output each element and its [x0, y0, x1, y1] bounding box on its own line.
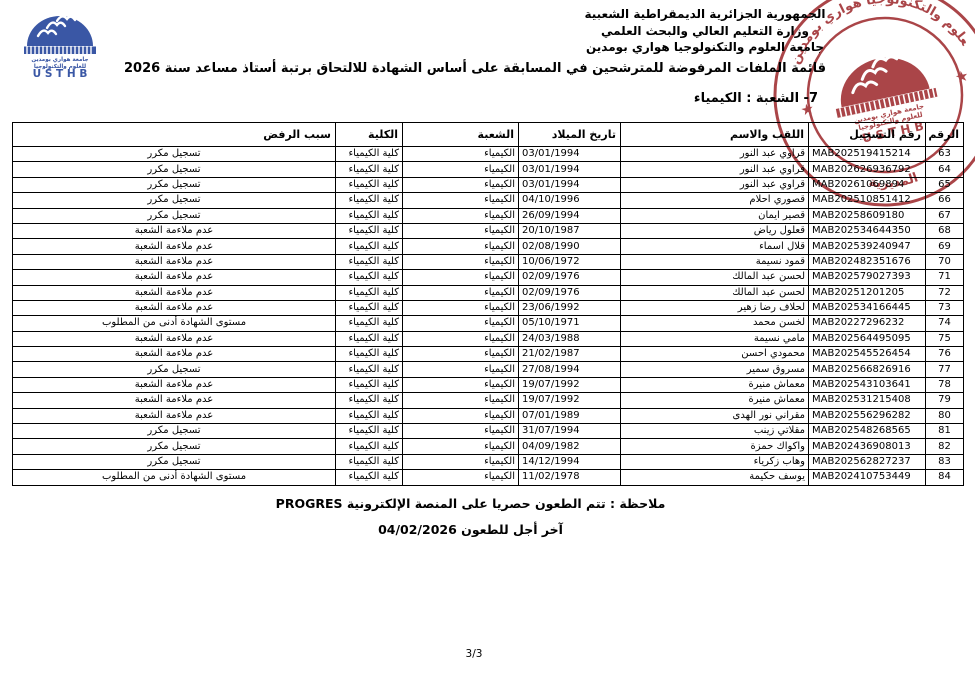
table-cell: 70: [926, 254, 964, 269]
table-cell: 19/07/1992: [519, 393, 621, 408]
document-page: جامعة هواري بومدين للعلوم والتكنولوجيا U…: [0, 0, 975, 680]
table-row: 84MAB202410753449يوسف حكيمة11/02/1978الك…: [13, 470, 964, 485]
table-cell: 07/01/1989: [519, 408, 621, 423]
table-cell: كلية الكيمياء: [336, 147, 403, 162]
table-cell: MAB202534166445: [809, 300, 926, 315]
table-cell: MAB202579027393: [809, 270, 926, 285]
table-cell: معماش منيرة: [621, 377, 809, 392]
table-cell: كلية الكيمياء: [336, 362, 403, 377]
table-cell: 03/01/1994: [519, 162, 621, 177]
table-cell: 23/06/1992: [519, 300, 621, 315]
table-cell: MAB202482351676: [809, 254, 926, 269]
table-cell: كلية الكيمياء: [336, 223, 403, 238]
table-cell: 04/09/1982: [519, 439, 621, 454]
table-cell: قصير ايمان: [621, 208, 809, 223]
logo-dome: [27, 16, 93, 46]
table-cell: 76: [926, 347, 964, 362]
table-cell: 74: [926, 316, 964, 331]
table-cell: كلية الكيمياء: [336, 316, 403, 331]
table-cell: 02/09/1976: [519, 270, 621, 285]
column-header: تاريخ الميلاد: [519, 123, 621, 147]
table-cell: مامي نسيمة: [621, 331, 809, 346]
table-row: 81MAB202548268565مقلاتي زينب31/07/1994ال…: [13, 424, 964, 439]
table-cell: الكيمياء: [403, 454, 519, 469]
table-row: 73MAB202534166445لحلاف رضا زهير23/06/199…: [13, 300, 964, 315]
table-cell: الكيمياء: [403, 316, 519, 331]
table-cell: الكيمياء: [403, 193, 519, 208]
table-cell: MAB202626936792: [809, 162, 926, 177]
table-cell: الكيمياء: [403, 162, 519, 177]
table-cell: الكيمياء: [403, 177, 519, 192]
table-cell: كلية الكيمياء: [336, 393, 403, 408]
table-cell: تسجيل مكرر: [13, 424, 336, 439]
table-cell: 67: [926, 208, 964, 223]
table-cell: 31/07/1994: [519, 424, 621, 439]
table-cell: MAB202510851412: [809, 193, 926, 208]
table-cell: كلية الكيمياء: [336, 162, 403, 177]
government-header: الجمهورية الجزائرية الديمقراطية الشعبية …: [545, 6, 865, 56]
table-cell: واكواك حمزة: [621, 439, 809, 454]
table-cell: كلية الكيمياء: [336, 285, 403, 300]
table-cell: عدم ملاءمة الشعبة: [13, 377, 336, 392]
table-cell: كلية الكيمياء: [336, 331, 403, 346]
table-cell: MAB202519415214: [809, 147, 926, 162]
table-cell: الكيمياء: [403, 223, 519, 238]
table-cell: 05/10/1971: [519, 316, 621, 331]
table-cell: كلية الكيمياء: [336, 377, 403, 392]
table-row: 63MAB202519415214قراوي عبد النور03/01/19…: [13, 147, 964, 162]
table-cell: عدم ملاءمة الشعبة: [13, 254, 336, 269]
table-cell: مستوى الشهادة أدنى من المطلوب: [13, 316, 336, 331]
table-row: 65MAB20261069894قراوي عبد النور03/01/199…: [13, 177, 964, 192]
table-body: 63MAB202519415214قراوي عبد النور03/01/19…: [13, 147, 964, 486]
table-cell: MAB202436908013: [809, 439, 926, 454]
table-cell: كلية الكيمياء: [336, 208, 403, 223]
table-cell: 10/06/1972: [519, 254, 621, 269]
table-cell: قعلول رياض: [621, 223, 809, 238]
table-cell: MAB202564495095: [809, 331, 926, 346]
table-cell: 81: [926, 424, 964, 439]
table-cell: عدم ملاءمة الشعبة: [13, 270, 336, 285]
table-cell: تسجيل مكرر: [13, 208, 336, 223]
table-cell: 80: [926, 408, 964, 423]
table-cell: عدم ملاءمة الشعبة: [13, 239, 336, 254]
table-cell: تسجيل مكرر: [13, 162, 336, 177]
table-cell: محمودي احسن: [621, 347, 809, 362]
appeal-deadline: آخر أجل للطعون 04/02/2026: [0, 522, 975, 537]
header-university: جامعة العلوم والتكنولوجيا هواري بومدين: [545, 39, 865, 56]
table-cell: MAB202531215408: [809, 393, 926, 408]
table-cell: MAB20261069894: [809, 177, 926, 192]
table-cell: 65: [926, 177, 964, 192]
table-cell: الكيمياء: [403, 239, 519, 254]
table-cell: كلية الكيمياء: [336, 439, 403, 454]
table-cell: 83: [926, 454, 964, 469]
table-row: 80MAB202556296282مقراني نور الهدى07/01/1…: [13, 408, 964, 423]
page-number: 3/3: [0, 648, 975, 660]
table-cell: MAB20251201205: [809, 285, 926, 300]
table-cell: 26/09/1994: [519, 208, 621, 223]
table-cell: مستوى الشهادة أدنى من المطلوب: [13, 470, 336, 485]
table-cell: كلية الكيمياء: [336, 239, 403, 254]
table-cell: MAB20258609180: [809, 208, 926, 223]
table-row: 70MAB202482351676قمود نسيمة10/06/1972الك…: [13, 254, 964, 269]
table-cell: 66: [926, 193, 964, 208]
column-header: الكلية: [336, 123, 403, 147]
table-cell: الكيمياء: [403, 408, 519, 423]
table-cell: 27/08/1994: [519, 362, 621, 377]
table-cell: 69: [926, 239, 964, 254]
stamp-band: [836, 88, 938, 118]
table-cell: 20/10/1987: [519, 223, 621, 238]
table-cell: MAB202543103641: [809, 377, 926, 392]
table-cell: عدم ملاءمة الشعبة: [13, 331, 336, 346]
table-cell: وهاب زكرياء: [621, 454, 809, 469]
table-cell: عدم ملاءمة الشعبة: [13, 300, 336, 315]
table-cell: عدم ملاءمة الشعبة: [13, 408, 336, 423]
table-cell: لحسن عبد المالك: [621, 270, 809, 285]
table-cell: 64: [926, 162, 964, 177]
usthb-logo: جامعة هواري بومدين للعلوم والتكنولوجيا U…: [16, 10, 104, 78]
column-header: الرقم: [926, 123, 964, 147]
table-cell: قصوري احلام: [621, 193, 809, 208]
stamp-star-right: ★: [953, 66, 970, 86]
table-cell: 79: [926, 393, 964, 408]
header-ministry: وزارة التعليم العالي والبحث العلمي: [545, 23, 865, 40]
table-cell: الكيمياء: [403, 470, 519, 485]
table-cell: MAB202545526454: [809, 347, 926, 362]
table-cell: الكيمياء: [403, 393, 519, 408]
table-cell: عدم ملاءمة الشعبة: [13, 285, 336, 300]
table-row: 68MAB202534644350قعلول رياض20/10/1987الك…: [13, 223, 964, 238]
section-label: 7- الشعبة : الكيمياء: [694, 91, 818, 106]
table-row: 64MAB202626936792قراوي عبد النور03/01/19…: [13, 162, 964, 177]
table-cell: كلية الكيمياء: [336, 424, 403, 439]
table-row: 66MAB202510851412قصوري احلام04/10/1996ال…: [13, 193, 964, 208]
table-cell: تسجيل مكرر: [13, 177, 336, 192]
table-cell: 75: [926, 331, 964, 346]
table-cell: الكيمياء: [403, 331, 519, 346]
table-cell: الكيمياء: [403, 285, 519, 300]
table-cell: MAB202562827237: [809, 454, 926, 469]
table-cell: الكيمياء: [403, 147, 519, 162]
header-country: الجمهورية الجزائرية الديمقراطية الشعبية: [545, 6, 865, 23]
column-header: رقم التسجيل: [809, 123, 926, 147]
table-cell: الكيمياء: [403, 439, 519, 454]
table-cell: الكيمياء: [403, 377, 519, 392]
table-row: 78MAB202543103641معماش منيرة19/07/1992ال…: [13, 377, 964, 392]
rejected-files-table: الرقمرقم التسجيلاللقب والاسمتاريخ الميلا…: [12, 122, 964, 486]
table-cell: MAB202410753449: [809, 470, 926, 485]
table-cell: كلية الكيمياء: [336, 470, 403, 485]
table-cell: مقراني نور الهدى: [621, 408, 809, 423]
table-cell: كلية الكيمياء: [336, 270, 403, 285]
table-cell: 82: [926, 439, 964, 454]
table-row: 75MAB202564495095مامي نسيمة24/03/1988الك…: [13, 331, 964, 346]
table-cell: تسجيل مكرر: [13, 147, 336, 162]
table-row: 67MAB20258609180قصير ايمان26/09/1994الكي…: [13, 208, 964, 223]
table-cell: MAB202566826916: [809, 362, 926, 377]
table-cell: الكيمياء: [403, 300, 519, 315]
table-cell: 21/02/1987: [519, 347, 621, 362]
table-cell: MAB202556296282: [809, 408, 926, 423]
table-cell: عدم ملاءمة الشعبة: [13, 393, 336, 408]
table-cell: قلال اسماء: [621, 239, 809, 254]
table-cell: قمود نسيمة: [621, 254, 809, 269]
table-cell: MAB20227296232: [809, 316, 926, 331]
table-row: 72MAB20251201205لحسن عبد المالك02/09/197…: [13, 285, 964, 300]
table-cell: مقلاتي زينب: [621, 424, 809, 439]
table-cell: 73: [926, 300, 964, 315]
table-cell: قراوي عبد النور: [621, 177, 809, 192]
stamp-dome: [833, 49, 929, 107]
table-cell: 11/02/1978: [519, 470, 621, 485]
table-cell: 84: [926, 470, 964, 485]
table-cell: تسجيل مكرر: [13, 362, 336, 377]
appeal-note: ملاحظة : تتم الطعون حصريا على المنصة الإ…: [0, 496, 975, 511]
table-row: 82MAB202436908013واكواك حمزة04/09/1982ال…: [13, 439, 964, 454]
table-cell: يوسف حكيمة: [621, 470, 809, 485]
document-title: قائمة الملفات المرفوضة للمترشحين في المس…: [20, 61, 930, 76]
table-cell: 24/03/1988: [519, 331, 621, 346]
table-cell: قراوي عبد النور: [621, 147, 809, 162]
table-cell: كلية الكيمياء: [336, 193, 403, 208]
table-cell: كلية الكيمياء: [336, 408, 403, 423]
table-cell: 71: [926, 270, 964, 285]
table-header-row: الرقمرقم التسجيلاللقب والاسمتاريخ الميلا…: [13, 123, 964, 147]
table-cell: الكيمياء: [403, 208, 519, 223]
table-cell: كلية الكيمياء: [336, 300, 403, 315]
stamp-band-stripes: [840, 88, 935, 117]
table-cell: MAB202548268565: [809, 424, 926, 439]
table-cell: تسجيل مكرر: [13, 454, 336, 469]
table-row: 83MAB202562827237وهاب زكرياء14/12/1994ال…: [13, 454, 964, 469]
table-cell: لحسن عبد المالك: [621, 285, 809, 300]
table-cell: تسجيل مكرر: [13, 439, 336, 454]
table-cell: 02/08/1990: [519, 239, 621, 254]
table-cell: الكيمياء: [403, 270, 519, 285]
table-cell: لخسن محمد: [621, 316, 809, 331]
table-cell: 77: [926, 362, 964, 377]
table-cell: 19/07/1992: [519, 377, 621, 392]
table-row: 79MAB202531215408معماش منيرة19/07/1992ال…: [13, 393, 964, 408]
table-row: 74MAB20227296232لخسن محمد05/10/1971الكيم…: [13, 316, 964, 331]
table-cell: معماش منيرة: [621, 393, 809, 408]
table-cell: 72: [926, 285, 964, 300]
table-cell: 68: [926, 223, 964, 238]
table-cell: 14/12/1994: [519, 454, 621, 469]
table-cell: 02/09/1976: [519, 285, 621, 300]
logo-acronym: U S T H B: [33, 68, 88, 78]
table-cell: عدم ملاءمة الشعبة: [13, 223, 336, 238]
table-cell: MAB202534644350: [809, 223, 926, 238]
table-cell: 63: [926, 147, 964, 162]
table-cell: الكيمياء: [403, 254, 519, 269]
table-cell: 78: [926, 377, 964, 392]
table-cell: قراوي عبد النور: [621, 162, 809, 177]
column-header: سبب الرفض: [13, 123, 336, 147]
table-cell: كلية الكيمياء: [336, 177, 403, 192]
table-row: 77MAB202566826916مسروق سمير27/08/1994الك…: [13, 362, 964, 377]
table-cell: 03/01/1994: [519, 147, 621, 162]
table-cell: MAB202539240947: [809, 239, 926, 254]
column-header: اللقب والاسم: [621, 123, 809, 147]
table-cell: 04/10/1996: [519, 193, 621, 208]
table-cell: لحلاف رضا زهير: [621, 300, 809, 315]
table-row: 69MAB202539240947قلال اسماء02/08/1990الك…: [13, 239, 964, 254]
table-cell: عدم ملاءمة الشعبة: [13, 347, 336, 362]
table-cell: الكيمياء: [403, 347, 519, 362]
table-cell: كلية الكيمياء: [336, 254, 403, 269]
table-cell: مسروق سمير: [621, 362, 809, 377]
table-cell: 03/01/1994: [519, 177, 621, 192]
column-header: الشعبة: [403, 123, 519, 147]
table-cell: كلية الكيمياء: [336, 347, 403, 362]
table-cell: الكيمياء: [403, 424, 519, 439]
logo-arabic-line1: جامعة هواري بومدين: [31, 57, 88, 63]
table-cell: تسجيل مكرر: [13, 193, 336, 208]
table-row: 71MAB202579027393لحسن عبد المالك02/09/19…: [13, 270, 964, 285]
table-cell: الكيمياء: [403, 362, 519, 377]
table-cell: كلية الكيمياء: [336, 454, 403, 469]
table-row: 76MAB202545526454محمودي احسن21/02/1987ال…: [13, 347, 964, 362]
